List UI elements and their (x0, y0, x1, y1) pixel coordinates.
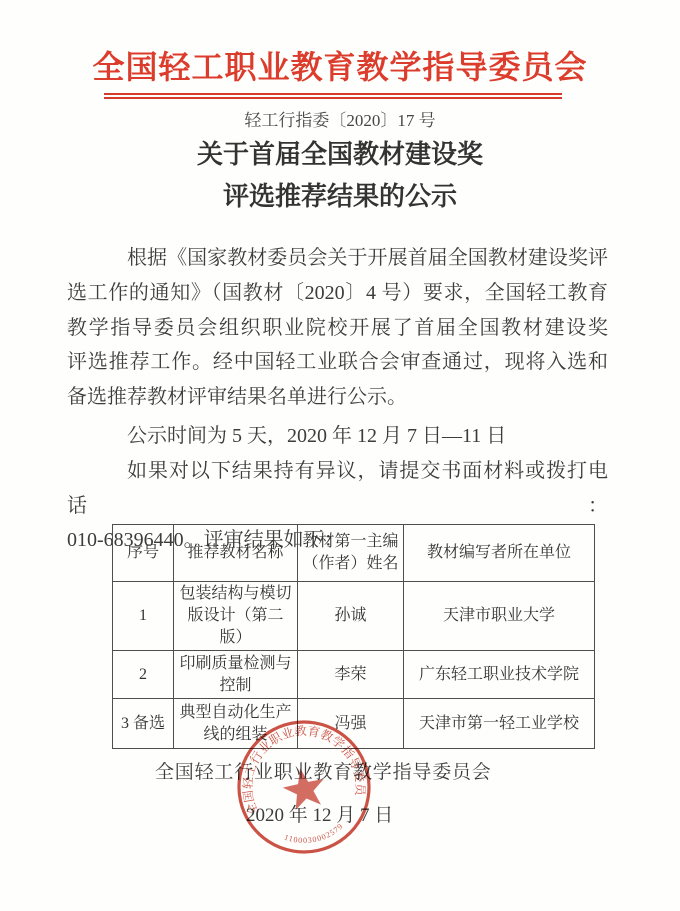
document-title-line-2: 评选推荐结果的公示 (0, 176, 680, 218)
table-row: 2 印刷质量检测与 控制 李荣 广东轻工职业技术学院 (113, 651, 595, 699)
body-line: 选工作的通知》（国教材〔2020〕4 号）要求，全国轻工教育 (67, 276, 608, 311)
body-line: 评选推荐工作。经中国轻工业联合会审查通过，现将入选和 (67, 345, 608, 380)
cell-editor: 孙诚 (298, 582, 404, 651)
column-header-unit: 教材编写者所在单位 (404, 525, 595, 582)
cell-editor: 冯强 (298, 699, 404, 749)
body-line: 根据《国家教材委员会关于开展首届全国教材建设奖评 (67, 241, 608, 276)
results-table: 序号 推荐教材名称 教材第一主编 （作者）姓名 教材编写者所在单位 1 包装结构… (112, 524, 595, 749)
letterhead-divider-rule (104, 93, 562, 99)
document-title-line-1: 关于首届全国教材建设奖 (0, 134, 680, 176)
body-line: 备选推荐教材评审结果名单进行公示。 (67, 380, 608, 415)
cell-seq: 2 (113, 651, 174, 699)
column-header-name: 推荐教材名称 (174, 525, 298, 582)
cell-editor: 李荣 (298, 651, 404, 699)
letterhead-org-title: 全国轻工职业教育教学指导委员会 (0, 42, 680, 88)
document-body: 根据《国家教材委员会关于开展首届全国教材建设奖评 选工作的通知》（国教材〔202… (67, 241, 608, 558)
body-line-publicity-period: 公示时间为 5 天，2020 年 12 月 7 日—11 日 (67, 419, 608, 454)
cell-unit: 广东轻工职业技术学院 (404, 651, 595, 699)
body-line: 教学指导委员会组织职业院校开展了首届全国教材建设奖 (67, 311, 608, 346)
signature-org-name: 全国轻工行业职业教育教学指导委员会 (155, 757, 492, 784)
cell-seq: 1 (113, 582, 174, 651)
cell-name: 典型自动化生产 线的组装 (174, 699, 298, 749)
document-page: 全国轻工职业教育教学指导委员会 轻工行指委〔2020〕17 号 关于首届全国教材… (0, 0, 680, 911)
cell-name: 包装结构与模切 版设计（第二版） (174, 582, 298, 651)
document-title: 关于首届全国教材建设奖 评选推荐结果的公示 (0, 134, 680, 218)
table-header-row: 序号 推荐教材名称 教材第一主编 （作者）姓名 教材编写者所在单位 (113, 525, 595, 582)
document-number: 轻工行指委〔2020〕17 号 (0, 106, 680, 131)
signature-date: 2020 年 12 月 7 日 (246, 800, 393, 827)
column-header-editor: 教材第一主编 （作者）姓名 (298, 525, 404, 582)
cell-name: 印刷质量检测与 控制 (174, 651, 298, 699)
cell-seq: 3 备选 (113, 699, 174, 749)
table-row: 3 备选 典型自动化生产 线的组装 冯强 天津市第一轻工业学校 (113, 699, 595, 749)
table-row: 1 包装结构与模切 版设计（第二版） 孙诚 天津市职业大学 (113, 582, 595, 651)
body-line-objection-notice: 如果对以下结果持有异议，请提交书面材料或拨打电话： (67, 454, 608, 524)
column-header-seq: 序号 (113, 525, 174, 582)
cell-unit: 天津市职业大学 (404, 582, 595, 651)
cell-unit: 天津市第一轻工业学校 (404, 699, 595, 749)
